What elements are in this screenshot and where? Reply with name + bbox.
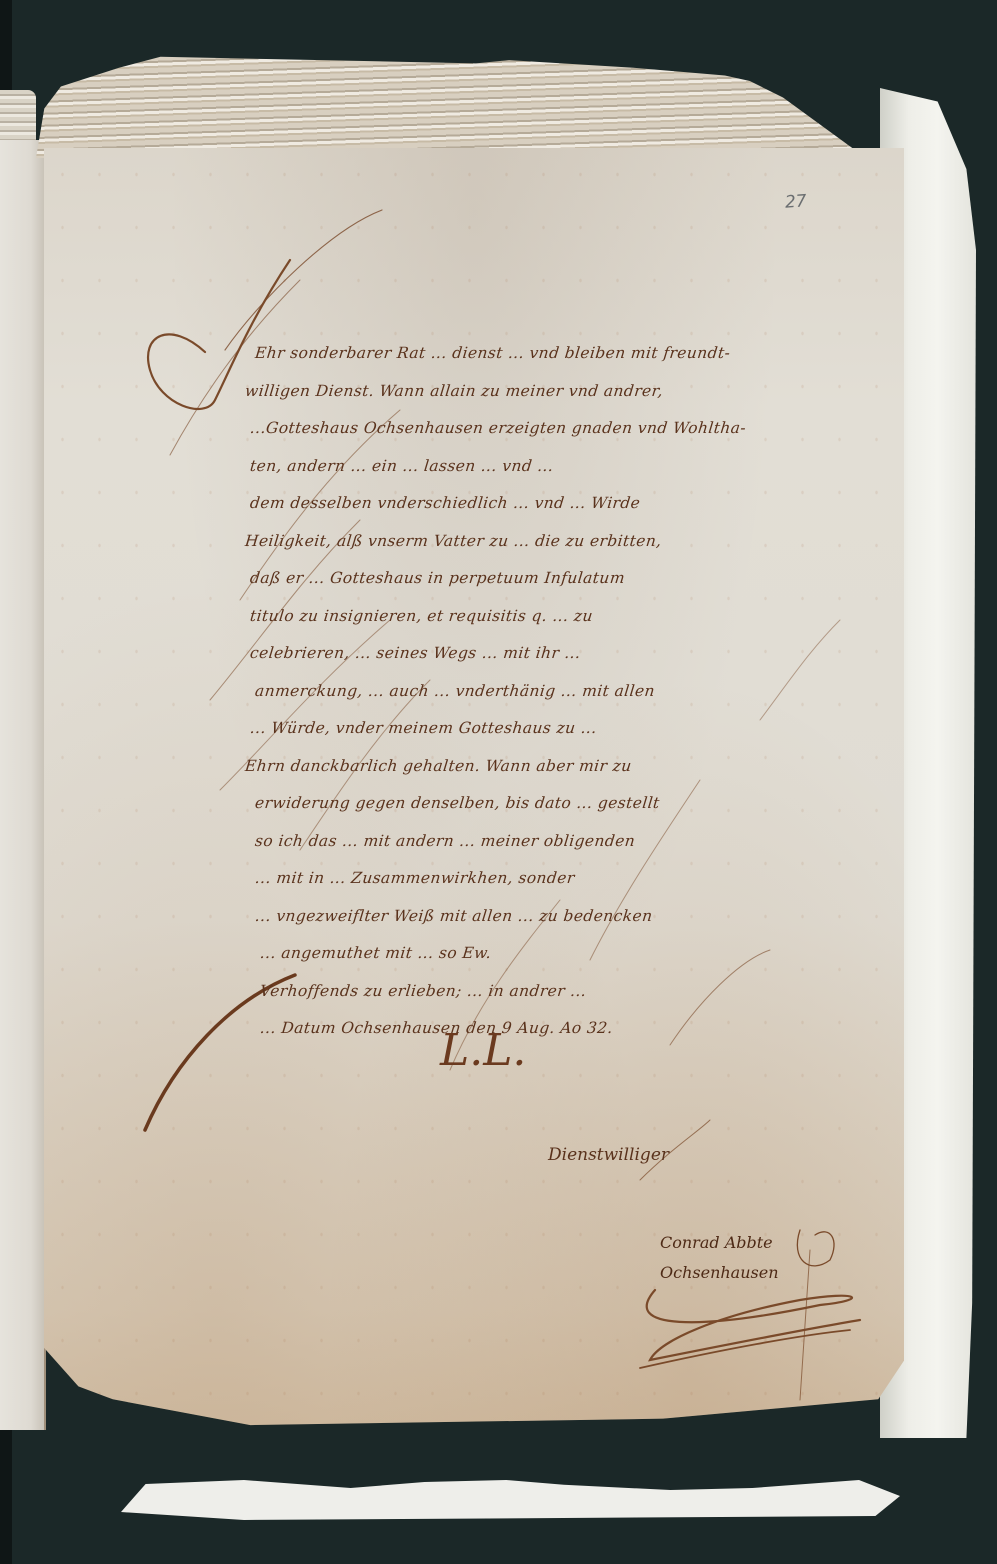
text-line: ... Datum Ochsenhausen den 9 Aug. Ao 32.	[258, 1010, 897, 1048]
text-line: ten, andern ... ein ... lassen ... vnd .…	[248, 448, 897, 486]
text-line: ... Würde, vnder meinem Gotteshaus zu ..…	[248, 710, 897, 748]
closing-initials: L.L.	[440, 1025, 526, 1076]
text-line: titulo zu insignieren, et requisitis q. …	[248, 598, 897, 636]
text-line: ... angemuthet mit ... so Ew.	[258, 935, 897, 973]
left-adjacent-page	[0, 140, 46, 1430]
text-line: dem desselben vnderschiedlich ... vnd ..…	[248, 485, 897, 523]
folio-number: 27	[784, 191, 807, 212]
text-line: celebrieren, ... seines Wegs ... mit ihr…	[248, 635, 897, 673]
text-line: ... vngezweiflter Weiß mit allen ... zu …	[253, 898, 897, 936]
text-line: ... mit in ... Zusammenwirkhen, sonder	[253, 860, 897, 898]
text-line: willigen Dienst. Wann allain zu meiner v…	[243, 373, 897, 411]
text-line: anmerckung, ... auch ... vnderthänig ...…	[253, 673, 897, 711]
text-line: erwiderung gegen denselben, bis dato ...…	[253, 785, 897, 823]
signature-block: Conrad Abbte Ochsenhausen	[660, 1228, 779, 1288]
signature-place: Ochsenhausen	[660, 1258, 779, 1288]
text-line: daß er ... Gotteshaus in perpetuum Inful…	[248, 560, 897, 598]
letter-body: Ehr sonderbarer Rat ... dienst ... vnd b…	[255, 335, 895, 1048]
text-line: Verhoffends zu erlieben; ... in andrer .…	[258, 973, 897, 1011]
text-line: Ehrn danckbarlich gehalten. Wann aber mi…	[243, 748, 897, 786]
text-line: Ehr sonderbarer Rat ... dienst ... vnd b…	[253, 335, 897, 373]
salutation-initial	[140, 240, 250, 440]
text-line: ...Gotteshaus Ochsenhausen erzeigten gna…	[248, 410, 897, 448]
text-line: so ich das ... mit andern ... meiner obl…	[253, 823, 897, 861]
signature-servant-line: Dienstwilliger	[548, 1145, 669, 1165]
signature-name: Conrad Abbte	[660, 1228, 779, 1258]
text-line: Heiligkeit, alß vnserm Vatter zu ... die…	[243, 523, 897, 561]
